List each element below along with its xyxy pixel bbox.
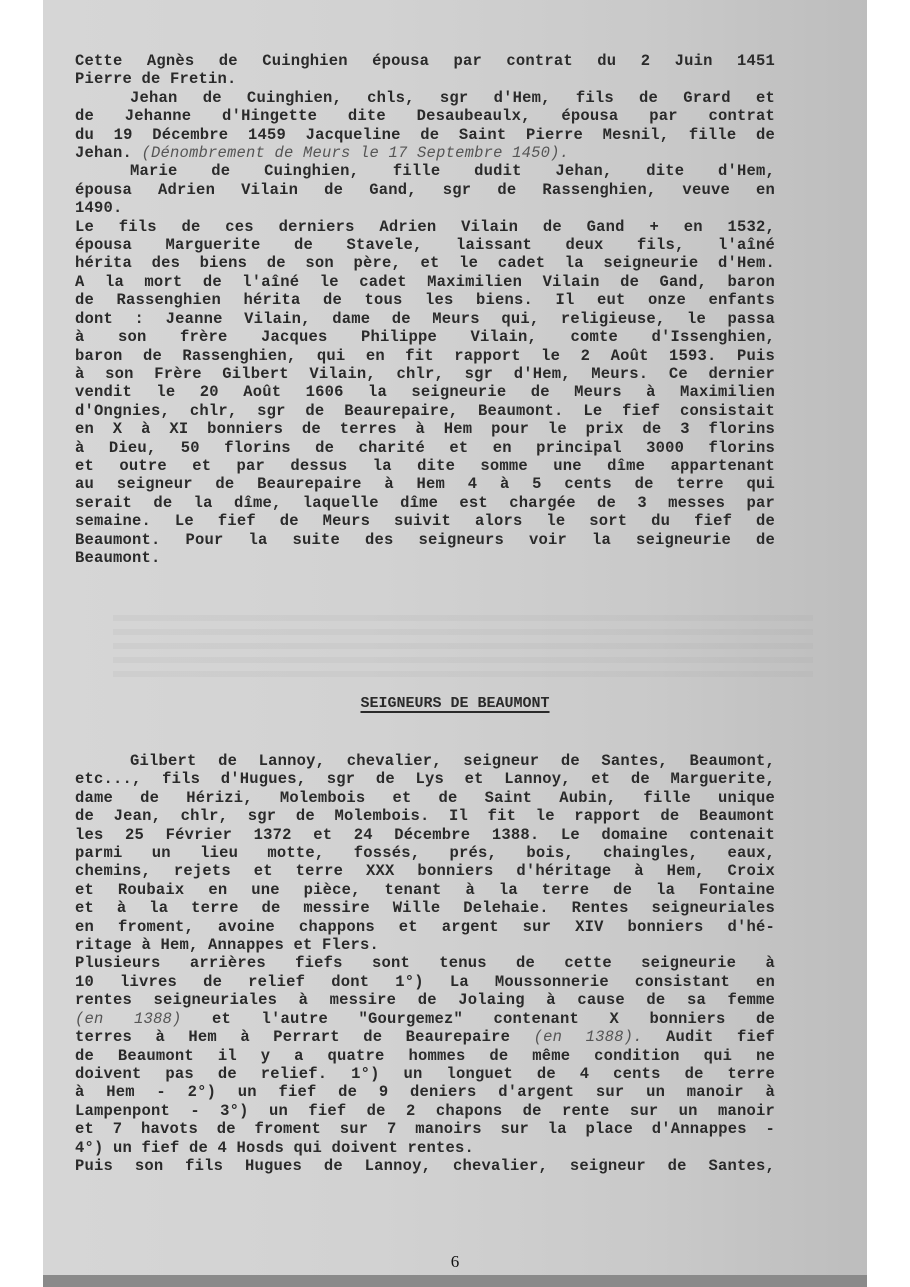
text-line: épousa Marguerite de Stavele, laissant d… [75,236,775,254]
text-line: Beaumont. [75,549,775,567]
text-line: à son Frère Gilbert Vilain, chlr, sgr d'… [75,365,775,383]
text-line: hérita des biens de son père, et le cade… [75,254,775,272]
text-line: Plusieurs arrières fiefs sont tenus de c… [75,954,775,972]
section-title: SEIGNEURS DE BEAUMONT [0,695,910,712]
text-line: parmi un lieu motte, fossés, prés, bois,… [75,844,775,862]
text-line: d'Ongnies, chlr, sgr de Beaurepaire, Bea… [75,402,775,420]
text-line: et outre et par dessus la dite somme une… [75,457,775,475]
text-line: de Jean, chlr, sgr de Molembois. Il fit … [75,807,775,825]
text-line: Pierre de Fretin. [75,70,775,88]
text-line: etc..., fils d'Hugues, sgr de Lys et Lan… [75,770,775,788]
text-line: Puis son fils Hugues de Lannoy, chevalie… [75,1157,775,1175]
text-line: et 7 havots de froment sur 7 manoirs sur… [75,1120,775,1138]
text-line: en froment, avoine chappons et argent su… [75,918,775,936]
text-line: de Jehanne d'Hingette dite Desaubeaulx, … [75,107,775,125]
text-line: Le fils de ces derniers Adrien Vilain de… [75,218,775,236]
section-beaumont-text: Gilbert de Lannoy, chevalier, seigneur d… [75,752,775,1175]
text-line: semaine. Le fief de Meurs suivit alors l… [75,512,775,530]
text-line: Jehan de Cuinghien, chls, sgr d'Hem, fil… [75,89,775,107]
text-line: Marie de Cuinghien, fille dudit Jehan, d… [75,162,775,180]
text-line: chemins, rejets et terre XXX bonniers d'… [75,862,775,880]
text-line: Beaumont. Pour la suite des seigneurs vo… [75,531,775,549]
text-line: rentes seigneuriales à messire de Jolain… [75,991,775,1009]
text-line: de Rassenghien hérita de tous les biens.… [75,291,775,309]
text-line: Lampenpont - 3°) un fief de 2 chapons de… [75,1102,775,1120]
text-line: Gilbert de Lannoy, chevalier, seigneur d… [75,752,775,770]
text-line: doivent pas de relief. 1°) un longuet de… [75,1065,775,1083]
text-line: dame de Hérizi, Molembois et de Saint Au… [75,789,775,807]
text-line: en X à XI bonniers de terres à Hem pour … [75,420,775,438]
italic-note: (en 1388) [75,1010,182,1028]
text-line: ritage à Hem, Annappes et Flers. [75,936,775,954]
page-number: 6 [0,1252,910,1272]
text-line: 10 livres de relief dont 1°) La Moussonn… [75,973,775,991]
text-line: épousa Adrien Vilain de Gand, sgr de Ras… [75,181,775,199]
italic-note: (Dénombrement de Meurs le 17 Septembre 1… [132,144,569,162]
text-line: Cette Agnès de Cuinghien épousa par cont… [75,52,775,70]
text-line: 1490. [75,199,775,217]
text-line: à Hem - 2°) un fief de 9 deniers d'argen… [75,1083,775,1101]
text-line: 4°) un fief de 4 Hosds qui doivent rente… [75,1139,775,1157]
text-line: les 25 Février 1372 et 24 Décembre 1388.… [75,826,775,844]
text-line: baron de Rassenghien, qui en fit rapport… [75,347,775,365]
bleed-through-area [113,615,813,685]
text-line: Jehan. (Dénombrement de Meurs le 17 Sept… [75,144,775,162]
text-line: dont : Jeanne Vilain, dame de Meurs qui,… [75,310,775,328]
text-line: de Beaumont il y a quatre hommes de même… [75,1047,775,1065]
text-line: terres à Hem à Perrart de Beaurepaire (e… [75,1028,775,1046]
text-line: et Roubaix en une pièce, tenant à la ter… [75,881,775,899]
text-line: (en 1388) et l'autre "Gourgemez" contena… [75,1010,775,1028]
text-line: vendit le 20 Août 1606 la seigneurie de … [75,383,775,401]
text-line: à son frère Jacques Philippe Vilain, com… [75,328,775,346]
section-meurs-text: Cette Agnès de Cuinghien épousa par cont… [75,52,775,567]
text-line: du 19 Décembre 1459 Jacqueline de Saint … [75,126,775,144]
text-line: à Dieu, 50 florins de charité et en prin… [75,439,775,457]
text-line: et à la terre de messire Wille Delehaie.… [75,899,775,917]
italic-note: (en 1388). [510,1028,642,1046]
text-line: au seigneur de Beaurepaire à Hem 4 à 5 c… [75,475,775,493]
section-title-text: SEIGNEURS DE BEAUMONT [360,695,549,712]
text-line: serait de la dîme, laquelle dîme est cha… [75,494,775,512]
text-line: A la mort de l'aîné le cadet Maximilien … [75,273,775,291]
